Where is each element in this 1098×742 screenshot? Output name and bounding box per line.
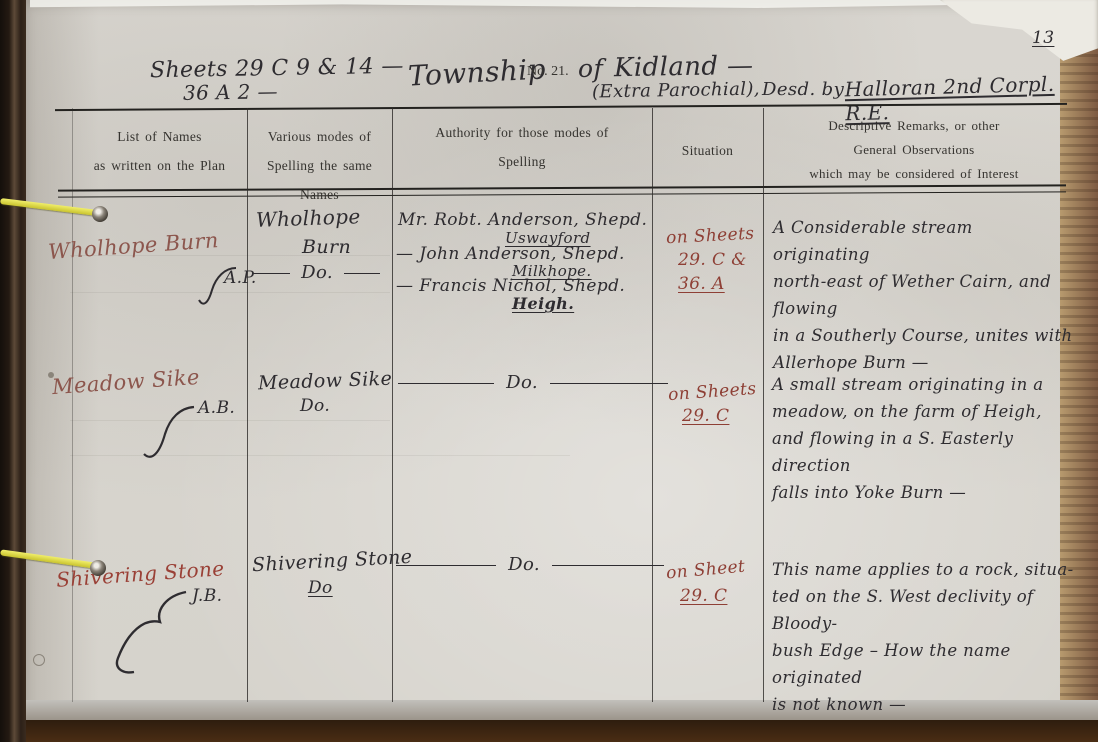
header-line: which may be considered of Interest <box>763 162 1065 186</box>
show-through-line <box>70 420 390 421</box>
column-divider <box>392 108 393 702</box>
header-line: Spelling <box>392 147 652 176</box>
header-remarks-column: Descriptive Remarks, or other General Ob… <box>763 114 1065 186</box>
remarks-line: ted on the S. West declivity of Bloody- <box>772 583 1082 637</box>
ditto-dash <box>396 565 496 566</box>
header-authority-column: Authority for those modes of Spelling <box>392 118 652 176</box>
authority-name: — Francis Nichol, Shepd. <box>396 276 625 296</box>
spelling-entry: Burn <box>302 236 351 258</box>
ditto-dash <box>252 273 290 274</box>
checkmark-flourish <box>108 588 204 680</box>
of-word: of <box>578 54 603 83</box>
spelling-entry: Wholhope <box>256 204 361 232</box>
header-spelling-column: Various modes of Spelling the same Names <box>247 122 392 209</box>
header-line: as written on the Plan <box>72 151 247 180</box>
header-line: Descriptive Remarks, or other <box>763 114 1065 138</box>
situation-sheet: 29. C <box>680 586 727 606</box>
header-line: Various modes of <box>247 122 392 151</box>
spelling-ditto: Do. <box>252 262 380 283</box>
spelling-entry: Do <box>308 578 333 598</box>
remarks-line: meadow, on the farm of Heigh, <box>772 398 1077 425</box>
authority-name: Mr. Robt. Anderson, Shepd. <box>398 210 647 230</box>
sheets-reference-line2: 36 A 2 — <box>183 79 278 105</box>
remarks-line: A Considerable stream originating <box>773 214 1073 268</box>
scanned-name-book-page: 13 Sheets 29 C 9 & 14 — 36 A 2 — Townshi… <box>0 0 1098 742</box>
parochial-note: (Extra Parochial), <box>592 79 760 103</box>
situation-sheet: 29. C <box>682 406 729 426</box>
ditto-text: Do. <box>296 262 338 283</box>
column-divider <box>652 108 653 702</box>
remarks-paragraph: This name applies to a rock, situa- ted … <box>772 556 1082 718</box>
situation-sheet: 29. C & <box>678 250 747 270</box>
surveyor-initials: A.B. <box>198 398 235 418</box>
remarks-line: and flowing in a S. Easterly direction <box>772 425 1077 479</box>
remarks-line: bush Edge – How the name originated <box>772 637 1082 691</box>
remarks-line: This name applies to a rock, situa- <box>772 556 1082 583</box>
header-situation-column: Situation <box>652 136 763 165</box>
authority-ditto: Do. <box>398 372 668 393</box>
header-line: Situation <box>652 136 763 165</box>
punch-hole <box>92 206 108 222</box>
remarks-line: A small stream originating in a <box>772 371 1077 398</box>
desk-surface <box>0 720 1098 742</box>
authority-name: — John Anderson, Shepd. <box>396 244 625 264</box>
small-hole <box>33 654 45 666</box>
ditto-text: Do. <box>502 554 546 575</box>
ditto-dash <box>398 383 494 384</box>
situation-sheet: 36. A <box>678 274 725 294</box>
spelling-entry: Do. <box>300 396 330 416</box>
remarks-line: north-east of Wether Cairn, and flowing <box>773 268 1073 322</box>
header-line: General Observations <box>763 138 1065 162</box>
header-line: List of Names <box>72 122 247 151</box>
remarks-paragraph: A small stream originating in a meadow, … <box>772 371 1077 506</box>
spelling-entry: Meadow Sike <box>258 368 393 395</box>
described-by-label: Desd. by <box>762 79 844 100</box>
ditto-dash <box>552 565 664 566</box>
checkmark-flourish <box>140 404 196 462</box>
column-divider <box>72 108 73 702</box>
header-line: Spelling the same Names <box>247 151 392 209</box>
remarks-line: falls into Yoke Burn — <box>772 479 1077 506</box>
punch-hole <box>90 560 106 576</box>
header-names-column: List of Names as written on the Plan <box>72 122 247 180</box>
column-divider <box>763 108 764 702</box>
authority-place: Heigh. <box>512 294 574 313</box>
ditto-dash <box>550 383 668 384</box>
printed-number-label: No. 21. <box>527 64 569 80</box>
remarks-line: in a Southerly Course, unites with <box>773 322 1073 349</box>
ditto-text: Do. <box>500 372 544 393</box>
header-line: Authority for those modes of <box>392 118 652 147</box>
book-binding <box>0 0 26 742</box>
page-number: 13 <box>1032 28 1054 48</box>
remarks-paragraph: A Considerable stream originating north-… <box>773 214 1073 376</box>
surveyor-initials: J.B. <box>192 586 222 606</box>
authority-ditto: Do. <box>396 554 664 575</box>
small-hole <box>48 372 54 378</box>
ditto-dash <box>344 273 380 274</box>
remarks-line: is not known — <box>772 691 1082 718</box>
